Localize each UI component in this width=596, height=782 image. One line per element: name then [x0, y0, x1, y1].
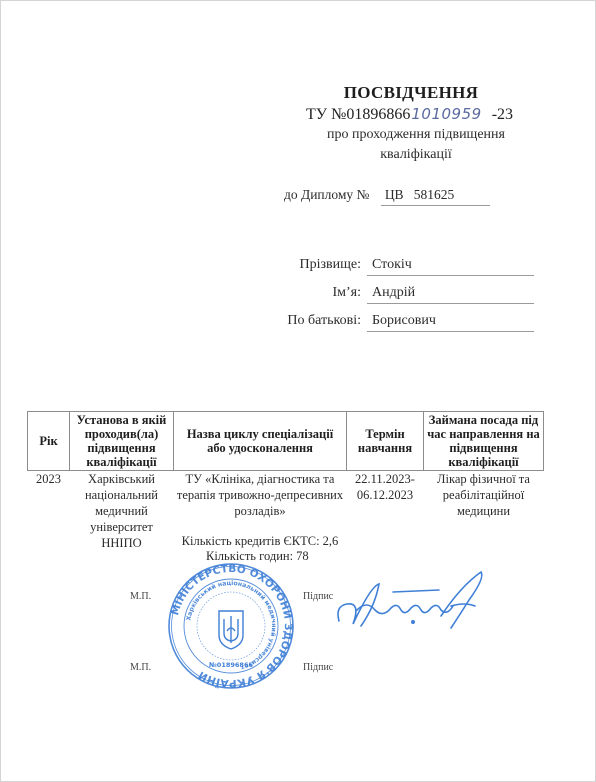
first-name-value: Андрій	[367, 285, 534, 304]
course-name: ТУ «Клініка, діагностика та терапія трив…	[177, 472, 343, 518]
document-subtitle: про проходження підвищення кваліфікації	[301, 125, 531, 165]
first-name-label: Ім’я:	[271, 285, 361, 301]
number-prefix: ТУ №01896866	[306, 106, 410, 123]
header-course: Назва циклу спеціалізації або удосконале…	[174, 412, 347, 471]
surname-field: Прізвище:Стокіч	[271, 257, 534, 276]
seal-label-bottom: М.П.	[130, 662, 151, 673]
cell-position: Лікар фізичної та реабілітаційної медици…	[424, 471, 544, 552]
first-name-field: Ім’я:Андрій	[271, 285, 534, 304]
course-credits: Кількість кредитів ЄКТС: 2,6	[177, 533, 344, 549]
header-year: Рік	[28, 412, 70, 471]
svg-text:№01896866: №01896866	[209, 661, 253, 669]
document-page: ПОСВІДЧЕННЯ ТУ №018968661010959-23 про п…	[0, 0, 596, 782]
cell-course: ТУ «Клініка, діагностика та терапія трив…	[174, 471, 347, 552]
patronymic-value: Борисович	[367, 313, 534, 332]
document-title: ПОСВІДЧЕННЯ	[1, 83, 596, 103]
cell-year: 2023	[28, 471, 70, 552]
surname-label: Прізвище:	[271, 257, 361, 273]
header-institution: Установа в якій проходив(ла) підвищення …	[70, 412, 174, 471]
official-stamp-icon: МІНІСТЕРСТВО ОХОРОНИ ЗДОРОВ'Я УКРАЇНИ Ха…	[166, 561, 296, 691]
seal-label-top: М.П.	[130, 591, 151, 602]
surname-value: Стокіч	[367, 257, 534, 276]
qualification-table: Рік Установа в якій проходив(ла) підвище…	[27, 411, 544, 551]
table-row: 2023 Харківський національний медичний у…	[28, 471, 544, 552]
header-position: Займана посада під час направлення на пі…	[424, 412, 544, 471]
certificate-number: ТУ №018968661010959-23	[306, 105, 513, 124]
cell-institution: Харківський національний медичний універ…	[70, 471, 174, 552]
diploma-value: ЦВ 581625	[381, 187, 490, 206]
patronymic-field: По батькові:Борисович	[271, 313, 534, 332]
signature-icon	[331, 566, 491, 636]
diploma-reference: до Диплому № ЦВ 581625	[284, 187, 490, 206]
cell-period: 22.11.2023-06.12.2023	[347, 471, 424, 552]
number-suffix: -23	[492, 106, 513, 123]
signature-label-bottom: Підпис	[303, 662, 333, 673]
patronymic-label: По батькові:	[271, 313, 361, 329]
table-header-row: Рік Установа в якій проходив(ла) підвище…	[28, 412, 544, 471]
signature-label-top: Підпис	[303, 591, 333, 602]
diploma-label: до Диплому №	[284, 187, 369, 202]
header-period: Термін навчання	[347, 412, 424, 471]
number-handwritten: 1010959	[411, 105, 481, 123]
